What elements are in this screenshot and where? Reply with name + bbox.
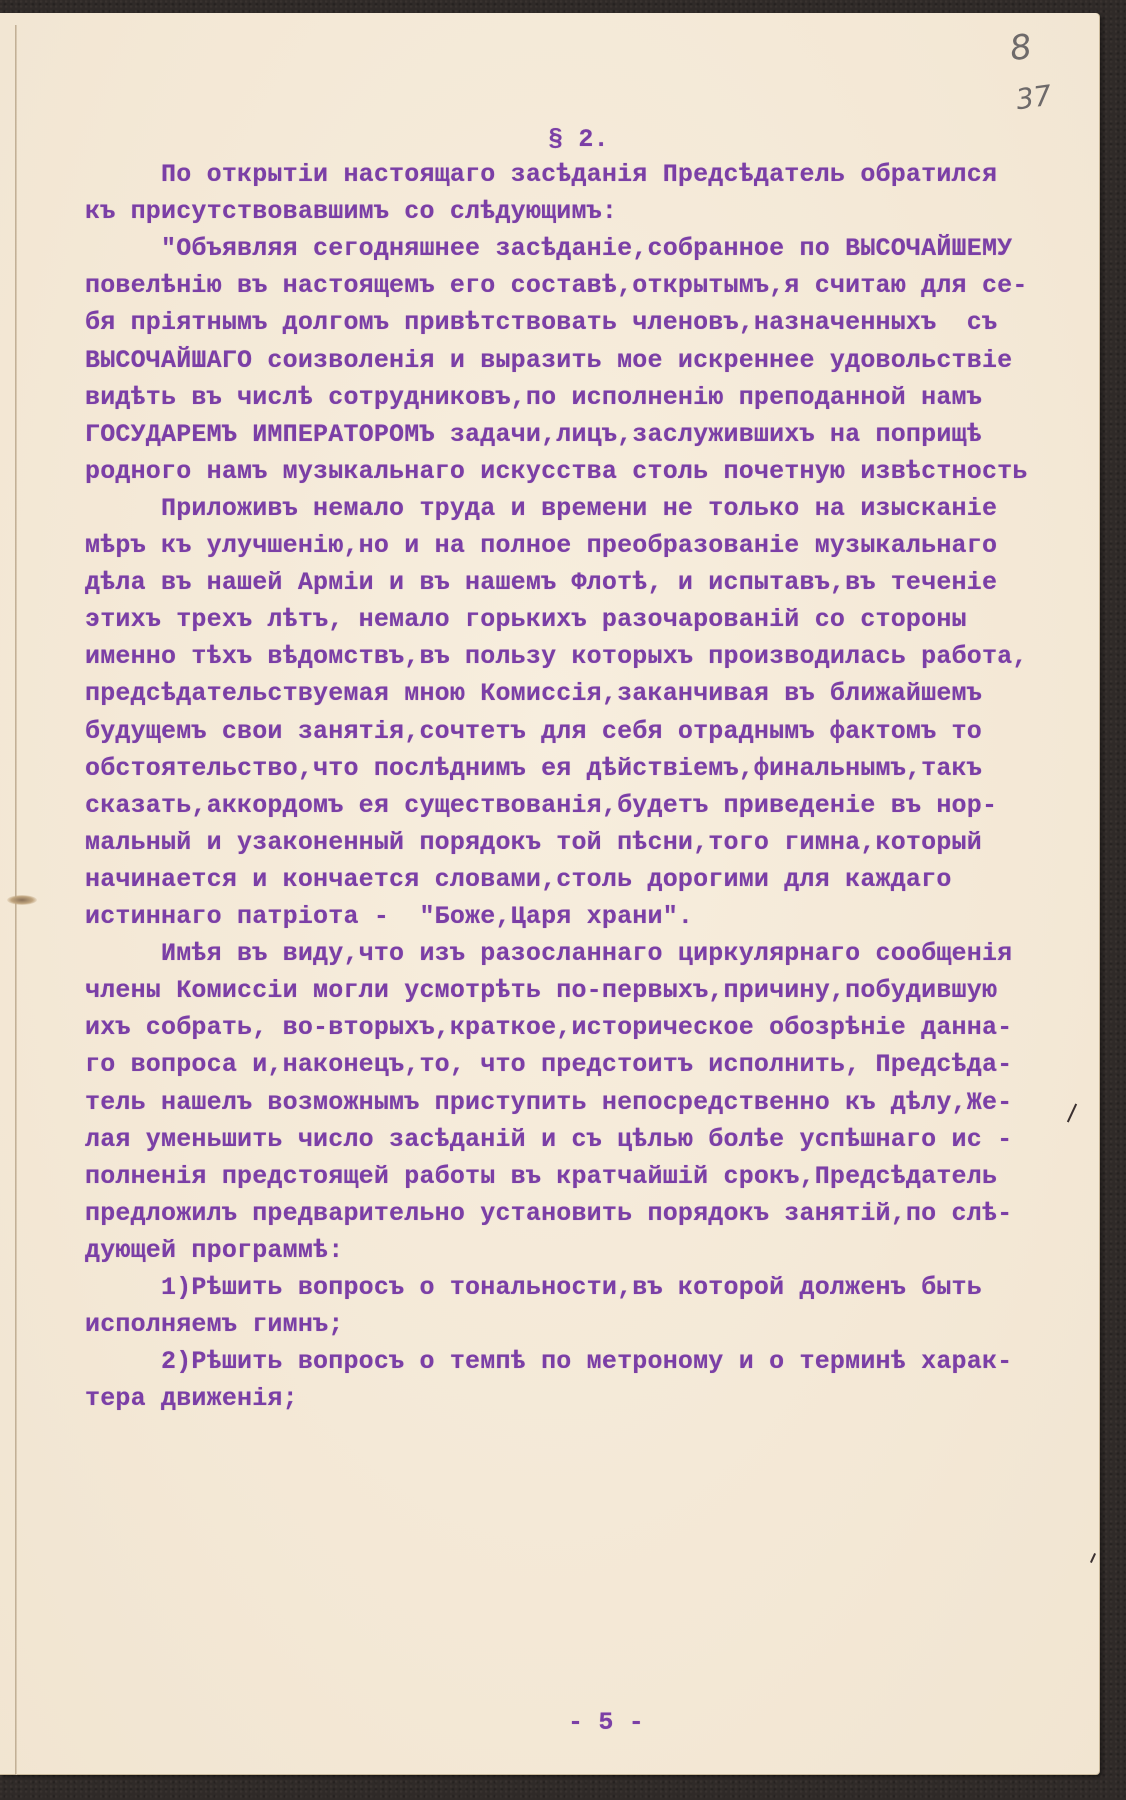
staple-mark [7,895,37,905]
typed-line: дѣла въ нашей Арміи и въ нашемъ Флотѣ, и… [85,568,997,597]
typed-line: сказать,аккордомъ ея существованія,будет… [85,791,997,820]
typed-line: лая уменьшить число засѣданій и съ цѣлью… [85,1125,1012,1154]
typed-line: члены Комиссіи могли усмотрѣть по-первых… [85,976,997,1005]
typed-line: будущемъ свои занятія,сочтетъ для себя о… [85,717,982,746]
typed-line: ГОСУДАРЕМЪ ИМПЕРАТОРОМЪ задачи,лицъ,засл… [85,420,982,449]
typed-line: Приложивъ немало труда и времени не толь… [85,494,997,523]
document-page: 8 37 § 2. По открытіи настоящаго засѣдан… [0,13,1100,1775]
pen-mark [1067,1104,1077,1123]
typed-line: видѣть въ числѣ сотрудниковъ,по исполнен… [85,383,982,412]
typed-line: этихъ трехъ лѣтъ, немало горькихъ разоча… [85,605,967,634]
page-number: - 5 - [568,1708,644,1737]
typed-line: повелѣнію въ настоящемъ его составѣ,откр… [85,271,1028,300]
typed-line: тель нашелъ возможнымъ приступить непоср… [85,1088,1012,1117]
typed-line: го вопроса и,наконецъ,то, что предстоитъ… [85,1050,1012,1079]
typed-line: "Объявляя сегодняшнее засѣданіе,собранно… [85,234,1012,263]
typed-line: предложилъ предварительно установить пор… [85,1199,1012,1228]
typed-line: обстоятельство,что послѣднимъ ея дѣйстві… [85,754,982,783]
typed-line: дующей программѣ: [85,1236,343,1265]
typed-line: родного намъ музыкальнаго искусства стол… [85,457,1028,486]
typed-line: тера движенія; [85,1384,298,1413]
typed-line: По открытіи настоящаго засѣданія Предсѣд… [85,160,997,189]
typed-line: начинается и кончается словами,столь дор… [85,865,952,894]
typed-line: истиннаго патріота - "Боже,Царя храни". [85,902,693,931]
typed-line: мѣръ къ улучшенію,но и на полное преобра… [85,531,997,560]
typed-line: бя пріятнымъ долгомъ привѣтствовать член… [85,308,997,337]
typed-line: къ присутствовавшимъ со слѣдующимъ: [85,197,617,226]
typed-line: Имѣя въ виду,что изъ разосланнаго циркул… [85,939,1012,968]
section-heading: § 2. [548,125,609,154]
typed-line: 1)Рѣшить вопросъ о тональности,въ которо… [85,1273,982,1302]
archive-folio-mark: 8 [1008,27,1035,70]
typed-line: ихъ собрать, во-вторыхъ,краткое,историче… [85,1013,1012,1042]
typed-line: исполняемъ гимнъ; [85,1310,343,1339]
typed-line: полненія предстоящей работы въ кратчайші… [85,1162,997,1191]
archive-folio-number: 37 [1014,79,1054,117]
typed-line: мальный и узаконенный порядокъ той пѣсни… [85,828,982,857]
typed-line: предсѣдательствуемая мною Комиссія,закан… [85,679,982,708]
pen-mark [1090,1553,1096,1563]
typed-line: ВЫСОЧАЙШАГО соизволенія и выразить мое и… [85,346,1012,375]
typed-line: именно тѣхъ вѣдомствъ,въ пользу которыхъ… [85,642,1028,671]
typed-line: 2)Рѣшить вопросъ о темпѣ по метроному и … [85,1347,1012,1376]
